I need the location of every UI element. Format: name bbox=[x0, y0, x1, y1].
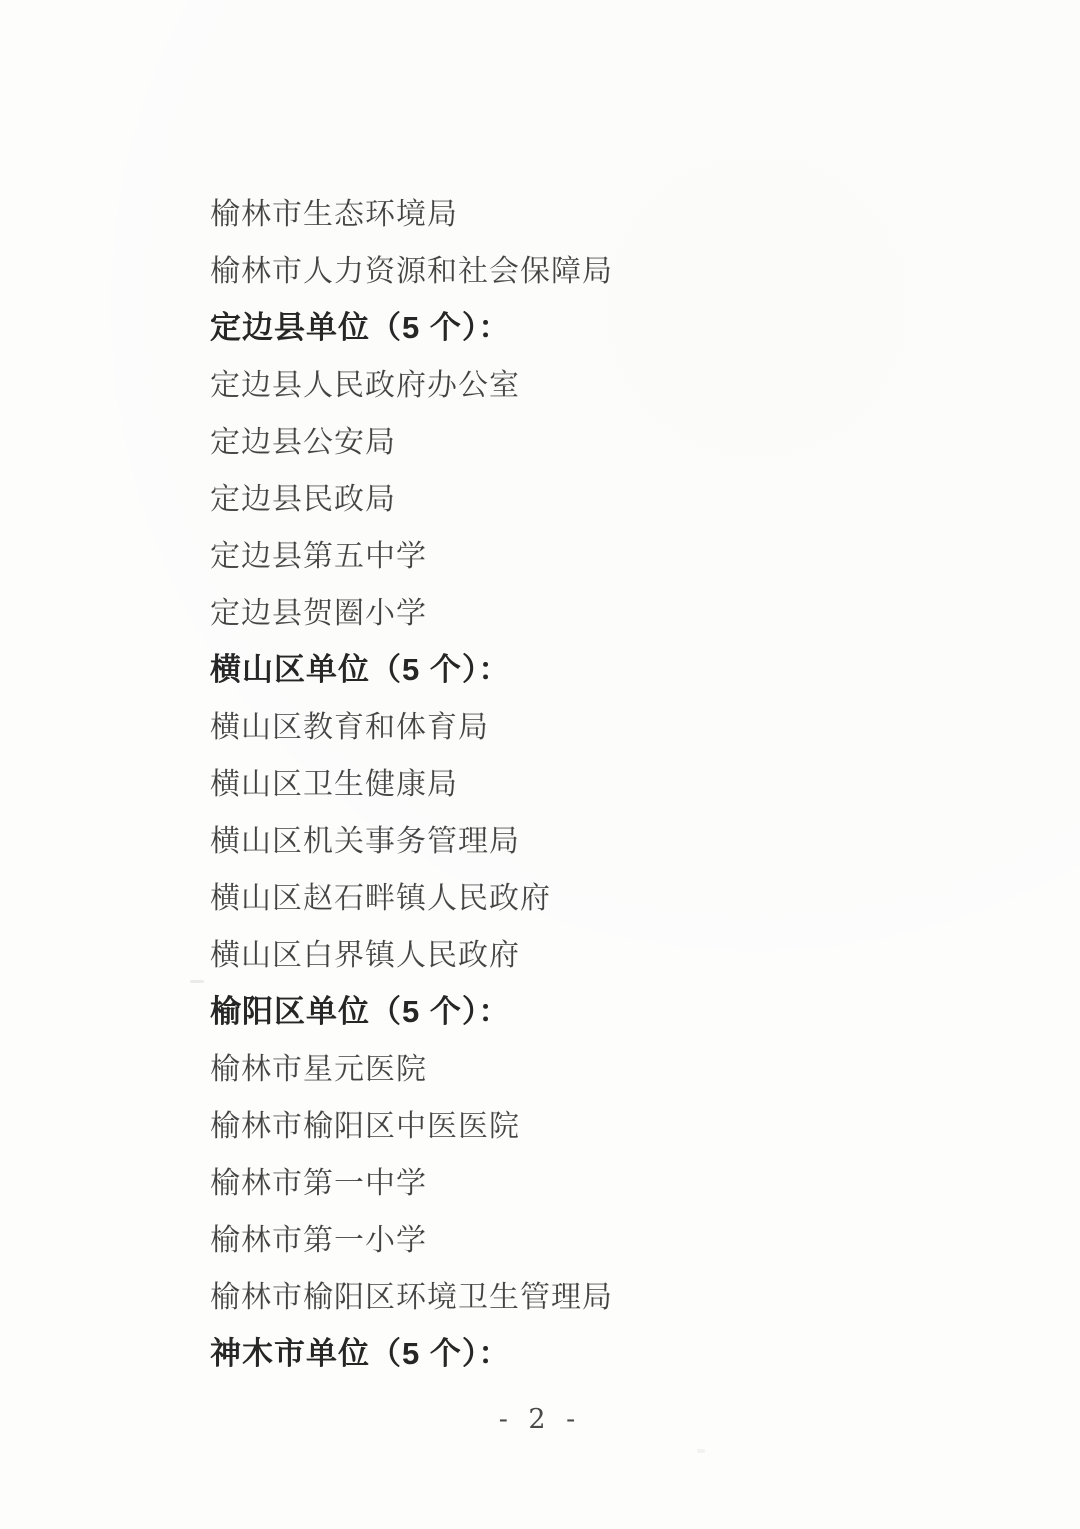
unit-line: 横山区机关事务管理局 bbox=[210, 809, 910, 866]
unit-line: 横山区赵石畔镇人民政府 bbox=[210, 866, 910, 923]
unit-line: 榆林市第一中学 bbox=[210, 1151, 910, 1208]
unit-line: 定边县第五中学 bbox=[210, 524, 910, 581]
scan-artifact bbox=[697, 1449, 705, 1453]
unit-line: 横山区卫生健康局 bbox=[210, 752, 910, 809]
scan-artifact bbox=[190, 980, 204, 983]
page-number: - 2 - bbox=[0, 1404, 1080, 1435]
section-header-dingbian: 定边县单位（5 个）： bbox=[210, 296, 910, 353]
unit-line: 榆林市星元医院 bbox=[210, 1037, 910, 1094]
section-header-hengshan: 横山区单位（5 个）： bbox=[210, 638, 910, 695]
unit-line: 榆林市第一小学 bbox=[210, 1208, 910, 1265]
document-text-block: 榆林市生态环境局 榆林市人力资源和社会保障局 定边县单位（5 个）： 定边县人民… bbox=[210, 182, 910, 1379]
section-header-yuyang: 榆阳区单位（5 个）： bbox=[210, 980, 910, 1037]
unit-line: 榆林市榆阳区环境卫生管理局 bbox=[210, 1265, 910, 1322]
unit-line: 横山区教育和体育局 bbox=[210, 695, 910, 752]
scan-artifact bbox=[340, 207, 345, 211]
unit-line: 榆林市生态环境局 bbox=[210, 182, 910, 239]
unit-line: 定边县民政局 bbox=[210, 467, 910, 524]
unit-line: 榆林市榆阳区中医医院 bbox=[210, 1094, 910, 1151]
unit-line: 定边县贺圈小学 bbox=[210, 581, 910, 638]
unit-line: 定边县公安局 bbox=[210, 410, 910, 467]
unit-line: 榆林市人力资源和社会保障局 bbox=[210, 239, 910, 296]
unit-line: 横山区白界镇人民政府 bbox=[210, 923, 910, 980]
document-page: 榆林市生态环境局 榆林市人力资源和社会保障局 定边县单位（5 个）： 定边县人民… bbox=[0, 0, 1080, 1529]
unit-line: 定边县人民政府办公室 bbox=[210, 353, 910, 410]
section-header-shenmu: 神木市单位（5 个）： bbox=[210, 1322, 910, 1379]
